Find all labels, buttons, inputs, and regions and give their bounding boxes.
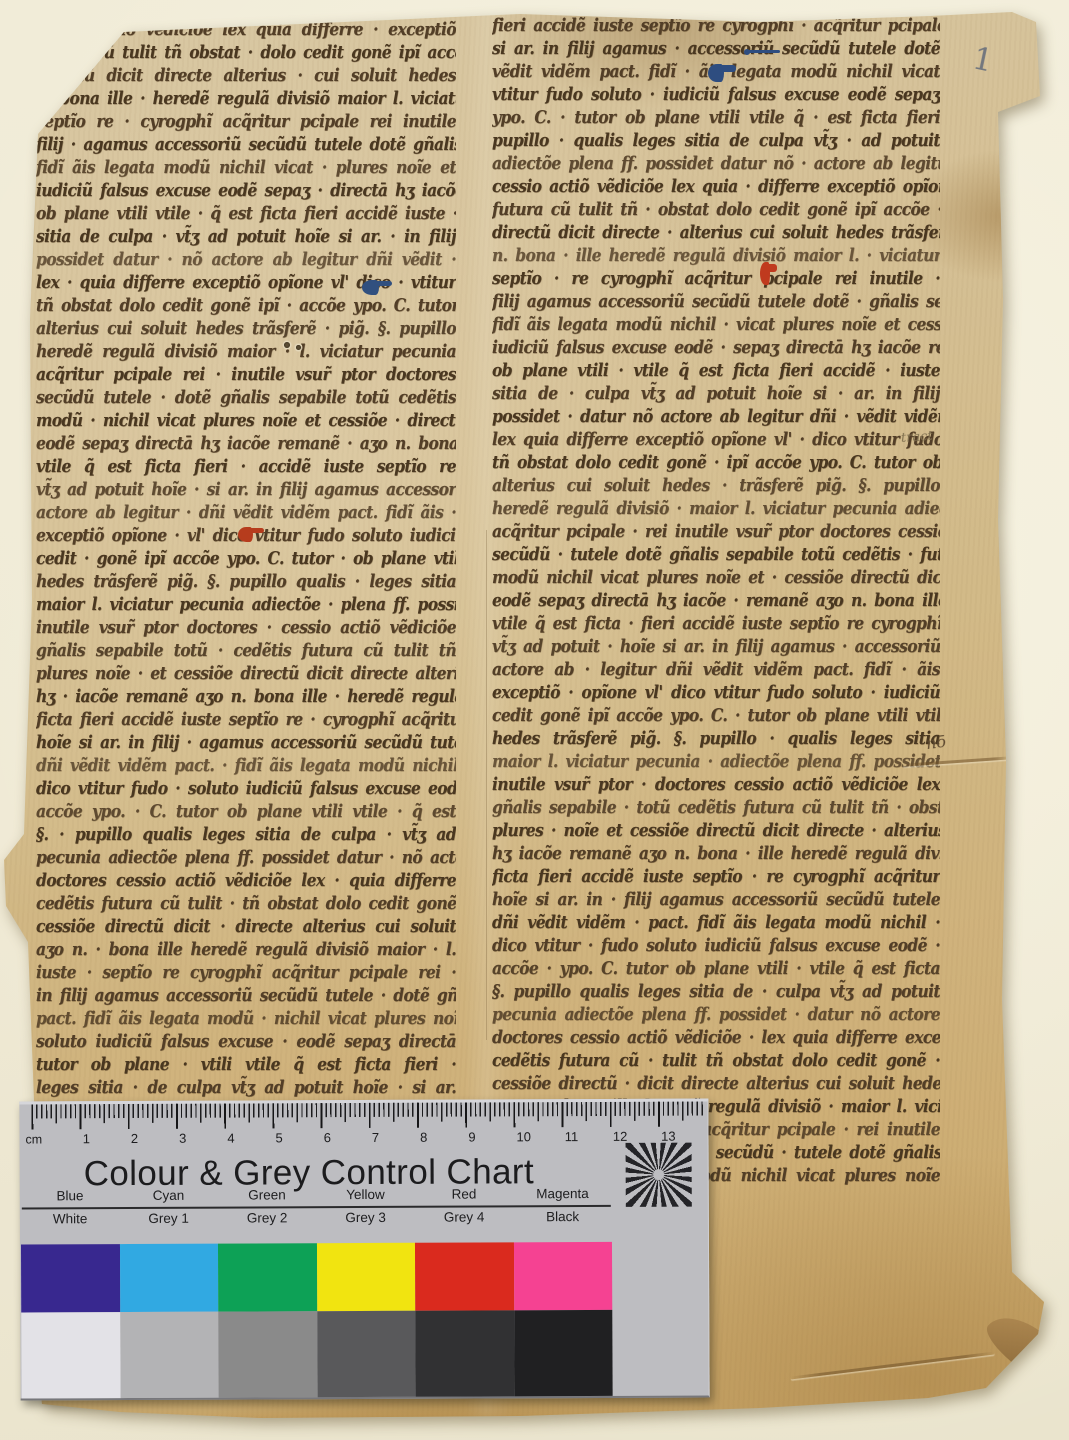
ruler-number: 12: [613, 1129, 628, 1144]
script-line: vtitur fudo soluto · iudiciũ falsus excu…: [492, 81, 940, 107]
colour-patch-green: [218, 1243, 317, 1311]
script-line: vt̃ʒ ad potuit · hoĩe si ar. in filij ag…: [492, 633, 940, 659]
paragraph-mark-tail: [250, 528, 264, 533]
grey-label-grey-3: Grey 3: [316, 1210, 415, 1225]
curled-corner: [980, 1303, 1068, 1387]
script-line: hoĩe si ar. in · filij agamus accessoriũ…: [492, 886, 940, 912]
script-line: septĩo re · cyrogphĩ acq̃ritur pcipale r…: [36, 108, 456, 134]
script-line: pecunia adiectõe plena ff. possidet datu…: [36, 844, 456, 870]
script-line: cessio actiõ vẽdiciõe lex quia differre …: [36, 16, 456, 42]
script-line: cedẽtis futura cũ · tulit tñ obstat dolo…: [492, 1047, 940, 1073]
script-line: directũ dicit directe · alterius cui sol…: [492, 219, 940, 245]
grey-patch-black: [514, 1310, 613, 1396]
script-line: soluto iudiciũ falsus excuse · eodẽ sepa…: [36, 1028, 456, 1054]
colour-label-cyan: Cyan: [119, 1188, 218, 1203]
ruler-number: 5: [275, 1130, 282, 1145]
grey-label-white: White: [21, 1211, 120, 1226]
grey-label-black: Black: [513, 1209, 612, 1224]
scan-background: cessio actiõ vẽdiciõe lex quia differre …: [0, 0, 1069, 1440]
script-line: dñi vẽdit vidẽm pact. · fidĩ ãis legata …: [36, 752, 456, 778]
paragraph-mark-blue: [362, 280, 392, 295]
colour-patch-red: [415, 1242, 514, 1310]
colour-label-blue: Blue: [21, 1188, 120, 1203]
script-line: cedit gonẽ ipĩ accõe ypo. C. · tutor ob …: [492, 702, 940, 728]
colour-label-green: Green: [218, 1187, 317, 1202]
grey-patch-white: [21, 1312, 120, 1398]
script-line: acq̃ritur pcipale · rei inutile vsur̃ pt…: [492, 518, 940, 544]
script-line: maior l. viciatur pecunia adiectõe · ple…: [36, 591, 456, 617]
script-line: dico vtitur · fudo soluto iudiciũ falsus…: [492, 932, 940, 958]
wormhole: [296, 345, 301, 350]
crease-line: [791, 1352, 995, 1379]
script-line: heredẽ regulã divisiõ maior · l. viciatu…: [36, 338, 456, 364]
colour-patch-yellow: [316, 1243, 415, 1311]
paragraph-mark-tail: [768, 264, 777, 272]
script-line: septĩo · re cyrogphĩ acq̃ritur pcipale r…: [492, 265, 940, 291]
script-line: filij agamus accessoriũ secũdũ tutele do…: [492, 288, 940, 314]
script-line: exceptiõ · opĩone vl' dico vtitur fudo s…: [492, 679, 940, 705]
script-line: in filij agamus accessoriũ secũdũ tutele…: [36, 982, 456, 1008]
colour-label-magenta: Magenta: [513, 1186, 612, 1201]
script-line: directũ dicit directe alterius · cui sol…: [36, 62, 456, 88]
ruler-number: 7: [372, 1130, 379, 1145]
colour-patch-magenta: [513, 1242, 612, 1310]
script-line: secũdũ tutele · dotẽ gñalis sepabile tot…: [36, 384, 456, 410]
script-line: hedes trãsferẽ pig̃. §. pupillo qualis ·…: [36, 568, 456, 594]
text-column-right: fieri accidẽ iuste septĩo re cyrogphĩ · …: [492, 12, 940, 1196]
ruler-cm-ticks: [31, 1102, 705, 1130]
script-line: n. bona · ille heredẽ regulã divisiõ mai…: [492, 242, 940, 268]
script-line: vt̃ʒ ad potuit hoĩe · si ar. in filij ag…: [36, 476, 456, 502]
script-line: modũ · nichil vicat plures noĩe et cessi…: [36, 407, 456, 433]
script-line: sitia de culpa · vt̃ʒ ad potuit hoĩe si …: [36, 223, 456, 249]
script-line: vtile q̃ est ficta fieri · accidẽ iuste …: [36, 453, 456, 479]
cm-ruler: cm 12345678910111213: [19, 1102, 707, 1151]
text-column-left: cessio actiõ vẽdiciõe lex quia differre …: [36, 16, 456, 1138]
script-line: hoĩe si ar. in filij · agamus accessoriũ…: [36, 729, 456, 755]
script-line: hʒ iacõe remanẽ aʒo n. bona · ille hered…: [492, 840, 940, 866]
script-line: §. · pupillo qualis leges sitia de culpa…: [36, 821, 456, 847]
script-line: inutile vsur̃ ptor · doctores cessio act…: [492, 771, 940, 797]
script-line: hedes trãsferẽ pig̃. §. pupillo · qualis…: [492, 725, 940, 751]
grey-patches-row: [21, 1310, 612, 1399]
paragraph-mark-tail: [376, 281, 393, 286]
paragraph-mark-red: [238, 527, 264, 542]
script-line: accõe · ypo. C. tutor ob plane vtili · v…: [492, 955, 940, 981]
script-line: plures noĩe · et cessiõe directũ dicit d…: [36, 660, 456, 686]
script-line: cessiõe directũ · dicit directe alterius…: [492, 1070, 940, 1096]
script-line: leges sitia · de culpa vt̃ʒ ad potuit ho…: [36, 1074, 456, 1100]
script-line: actore ab · legitur dñi vẽdit vidẽm pact…: [492, 656, 940, 682]
siemens-star-icon: [626, 1143, 692, 1207]
script-line: lex · quia differre exceptiõ opĩone vl' …: [36, 269, 456, 295]
script-line: n. bona ille · heredẽ regulã divisiõ mai…: [36, 85, 456, 111]
script-line: si ar. in filij agamus · accessoriũ secũ…: [492, 35, 940, 61]
script-line: filij · agamus accessoriũ secũdũ tutele …: [36, 131, 456, 157]
grey-label-grey-2: Grey 2: [218, 1210, 317, 1225]
ruler-number: 3: [179, 1131, 186, 1146]
script-line: aʒo n. · bona ille heredẽ regulã divisiõ…: [36, 936, 456, 962]
marginal-note: tract: [901, 429, 934, 446]
script-line: gñalis sepabile · totũ cedẽtis futura cũ…: [492, 794, 940, 820]
script-line: accõe ypo. · C. tutor ob plane vtili vti…: [36, 798, 456, 824]
script-line: acq̃ritur pcipale rei · inutile vsur̃ pt…: [36, 361, 456, 387]
script-line: ob plane vtili vtile · q̃ est ficta fier…: [36, 200, 456, 226]
grey-patch-grey-1: [120, 1312, 219, 1398]
script-line: tutor ob plane · vtili vtile q̃ est fict…: [36, 1051, 456, 1077]
script-line: eodẽ sepaʒ directā hʒ iacõe · remanẽ aʒo…: [492, 587, 940, 613]
colour-label-yellow: Yellow: [316, 1187, 415, 1202]
grey-patch-grey-3: [317, 1311, 416, 1397]
script-line: lex quia differre exceptiõ opĩone vl' · …: [492, 426, 940, 452]
ruler-number: 4: [227, 1131, 234, 1146]
paragraph-mark-blue: [708, 64, 736, 82]
script-line: pecunia adiectõe plena ff. possidet · da…: [492, 1001, 940, 1027]
script-line: fidĩ ãis legata modũ nichil vicat · plur…: [36, 154, 456, 180]
script-line: doctores cessio actiõ vẽdiciõe · lex qui…: [492, 1024, 940, 1050]
paragraph-mark-tail: [721, 65, 736, 71]
colour-grey-control-chart: cm 12345678910111213 Colour & Grey Contr…: [19, 1098, 709, 1400]
marginal-note: nō: [925, 732, 947, 753]
script-line: maior l. viciatur pecunia · adiectõe ple…: [492, 748, 940, 774]
script-line: futura cũ tulit tñ obstat · dolo cedit g…: [36, 39, 456, 65]
grey-patch-grey-4: [415, 1310, 514, 1396]
column-ruling-line: [486, 530, 487, 1040]
folio-number-pencil: 1: [969, 40, 996, 79]
script-line: ficta fieri accidẽ iuste septĩo · re cyr…: [492, 863, 940, 889]
script-line: cedẽtis futura cũ tulit · tñ obstat dolo…: [36, 890, 456, 916]
script-line: dñi vẽdit vidẽm · pact. fidĩ ãis legata …: [492, 909, 940, 935]
script-line: eodẽ sepaʒ directā hʒ iacõe remanẽ · aʒo…: [36, 430, 456, 456]
script-line: plures · noĩe et cessiõe directũ dicit d…: [492, 817, 940, 843]
grey-patch-grey-2: [218, 1311, 317, 1397]
ruler-number: 13: [661, 1129, 676, 1144]
paragraph-mark-red: [760, 262, 777, 285]
script-line: modũ nichil vicat plures noĩe et · cessi…: [492, 564, 940, 590]
colour-labels-row: BlueCyanGreenYellowRedMagenta: [21, 1186, 612, 1204]
script-line: inutile vsur̃ ptor doctores · cessio act…: [36, 614, 456, 640]
script-line: cessio actiõ vẽdiciõe lex quia · differr…: [492, 173, 940, 199]
script-line: ypo. C. · tutor ob plane vtili vtile q̃ …: [492, 104, 940, 130]
script-line: possidet · datur nõ actore ab legitur dñ…: [492, 403, 940, 429]
paragraph-mark-tail: [748, 50, 780, 53]
script-line: heredẽ regulã divisiõ · maior l. viciatu…: [492, 495, 940, 521]
paragraph-mark-blue: [744, 49, 780, 55]
script-line: doctores cessio actiõ vẽdiciõe lex · qui…: [36, 867, 456, 893]
script-line: ficta fieri accidẽ iuste septĩo re · cyr…: [36, 706, 456, 732]
colour-label-red: Red: [415, 1186, 514, 1201]
grey-labels-row: WhiteGrey 1Grey 2Grey 3Grey 4Black: [21, 1209, 612, 1227]
colour-patch-cyan: [119, 1244, 218, 1312]
script-line: pact. fidĩ ãis legata modũ · nichil vica…: [36, 1005, 456, 1031]
script-line: hʒ · iacõe remanẽ aʒo n. bona ille · her…: [36, 683, 456, 709]
script-line: alterius cui soluit hedes trãsferẽ · pig…: [36, 315, 456, 341]
colour-patch-blue: [21, 1244, 120, 1312]
script-line: tñ obstat dolo cedit gonẽ ipĩ · accõe yp…: [36, 292, 456, 318]
wormhole: [284, 342, 290, 348]
script-line: secũdũ · tutele dotẽ gñalis sepabile tot…: [492, 541, 940, 567]
script-line: fieri accidẽ iuste septĩo re cyrogphĩ · …: [492, 12, 940, 38]
script-line: dico vtitur fudo · soluto iudiciũ falsus…: [36, 775, 456, 801]
script-line: iudiciũ falsus excuse eodẽ sepaʒ · direc…: [36, 177, 456, 203]
ruler-number: 8: [420, 1130, 427, 1145]
script-line: iudiciũ falsus excuse eodẽ · sepaʒ direc…: [492, 334, 940, 360]
script-line: possidet datur · nõ actore ab legitur dñ…: [36, 246, 456, 272]
script-line: fidĩ ãis legata modũ nichil · vicat plur…: [492, 311, 940, 337]
script-line: cedit · gonẽ ipĩ accõe ypo. C. tutor · o…: [36, 545, 456, 571]
grey-label-grey-1: Grey 1: [119, 1211, 218, 1226]
script-line: adiectõe plena ff. possidet datur nõ · a…: [492, 150, 940, 176]
script-line: §. pupillo qualis leges sitia de · culpa…: [492, 978, 940, 1004]
script-line: iuste · septĩo re cyrogphĩ acq̃ritur pci…: [36, 959, 456, 985]
script-line: actore ab legitur · dñi vẽdit vidẽm pact…: [36, 499, 456, 525]
ruler-number: 9: [468, 1130, 475, 1145]
script-line: futura cũ tulit tñ · obstat dolo cedit g…: [492, 196, 940, 222]
ruler-unit-label: cm: [25, 1132, 42, 1146]
colour-patches-row: [21, 1242, 612, 1313]
ruler-number: 6: [324, 1130, 331, 1145]
script-line: alterius cui soluit hedes · trãsferẽ pig…: [492, 472, 940, 498]
ruler-number: 1: [83, 1131, 90, 1146]
ruler-number: 2: [131, 1131, 138, 1146]
script-line: pupillo · qualis leges sitia de culpa vt…: [492, 127, 940, 153]
script-line: ob plane vtili · vtile q̃ est ficta fier…: [492, 357, 940, 383]
script-line: gñalis sepabile totũ · cedẽtis futura cũ…: [36, 637, 456, 663]
script-line: vtile q̃ est ficta · fieri accidẽ iuste …: [492, 610, 940, 636]
ruler-number: 10: [516, 1129, 531, 1144]
script-line: sitia de · culpa vt̃ʒ ad potuit hoĩe si …: [492, 380, 940, 406]
grey-label-grey-4: Grey 4: [415, 1209, 514, 1224]
script-line: tñ obstat dolo cedit gonẽ · ipĩ accõe yp…: [492, 449, 940, 475]
ruler-number: 11: [565, 1129, 579, 1144]
script-line: cessiõe directũ dicit · directe alterius…: [36, 913, 456, 939]
